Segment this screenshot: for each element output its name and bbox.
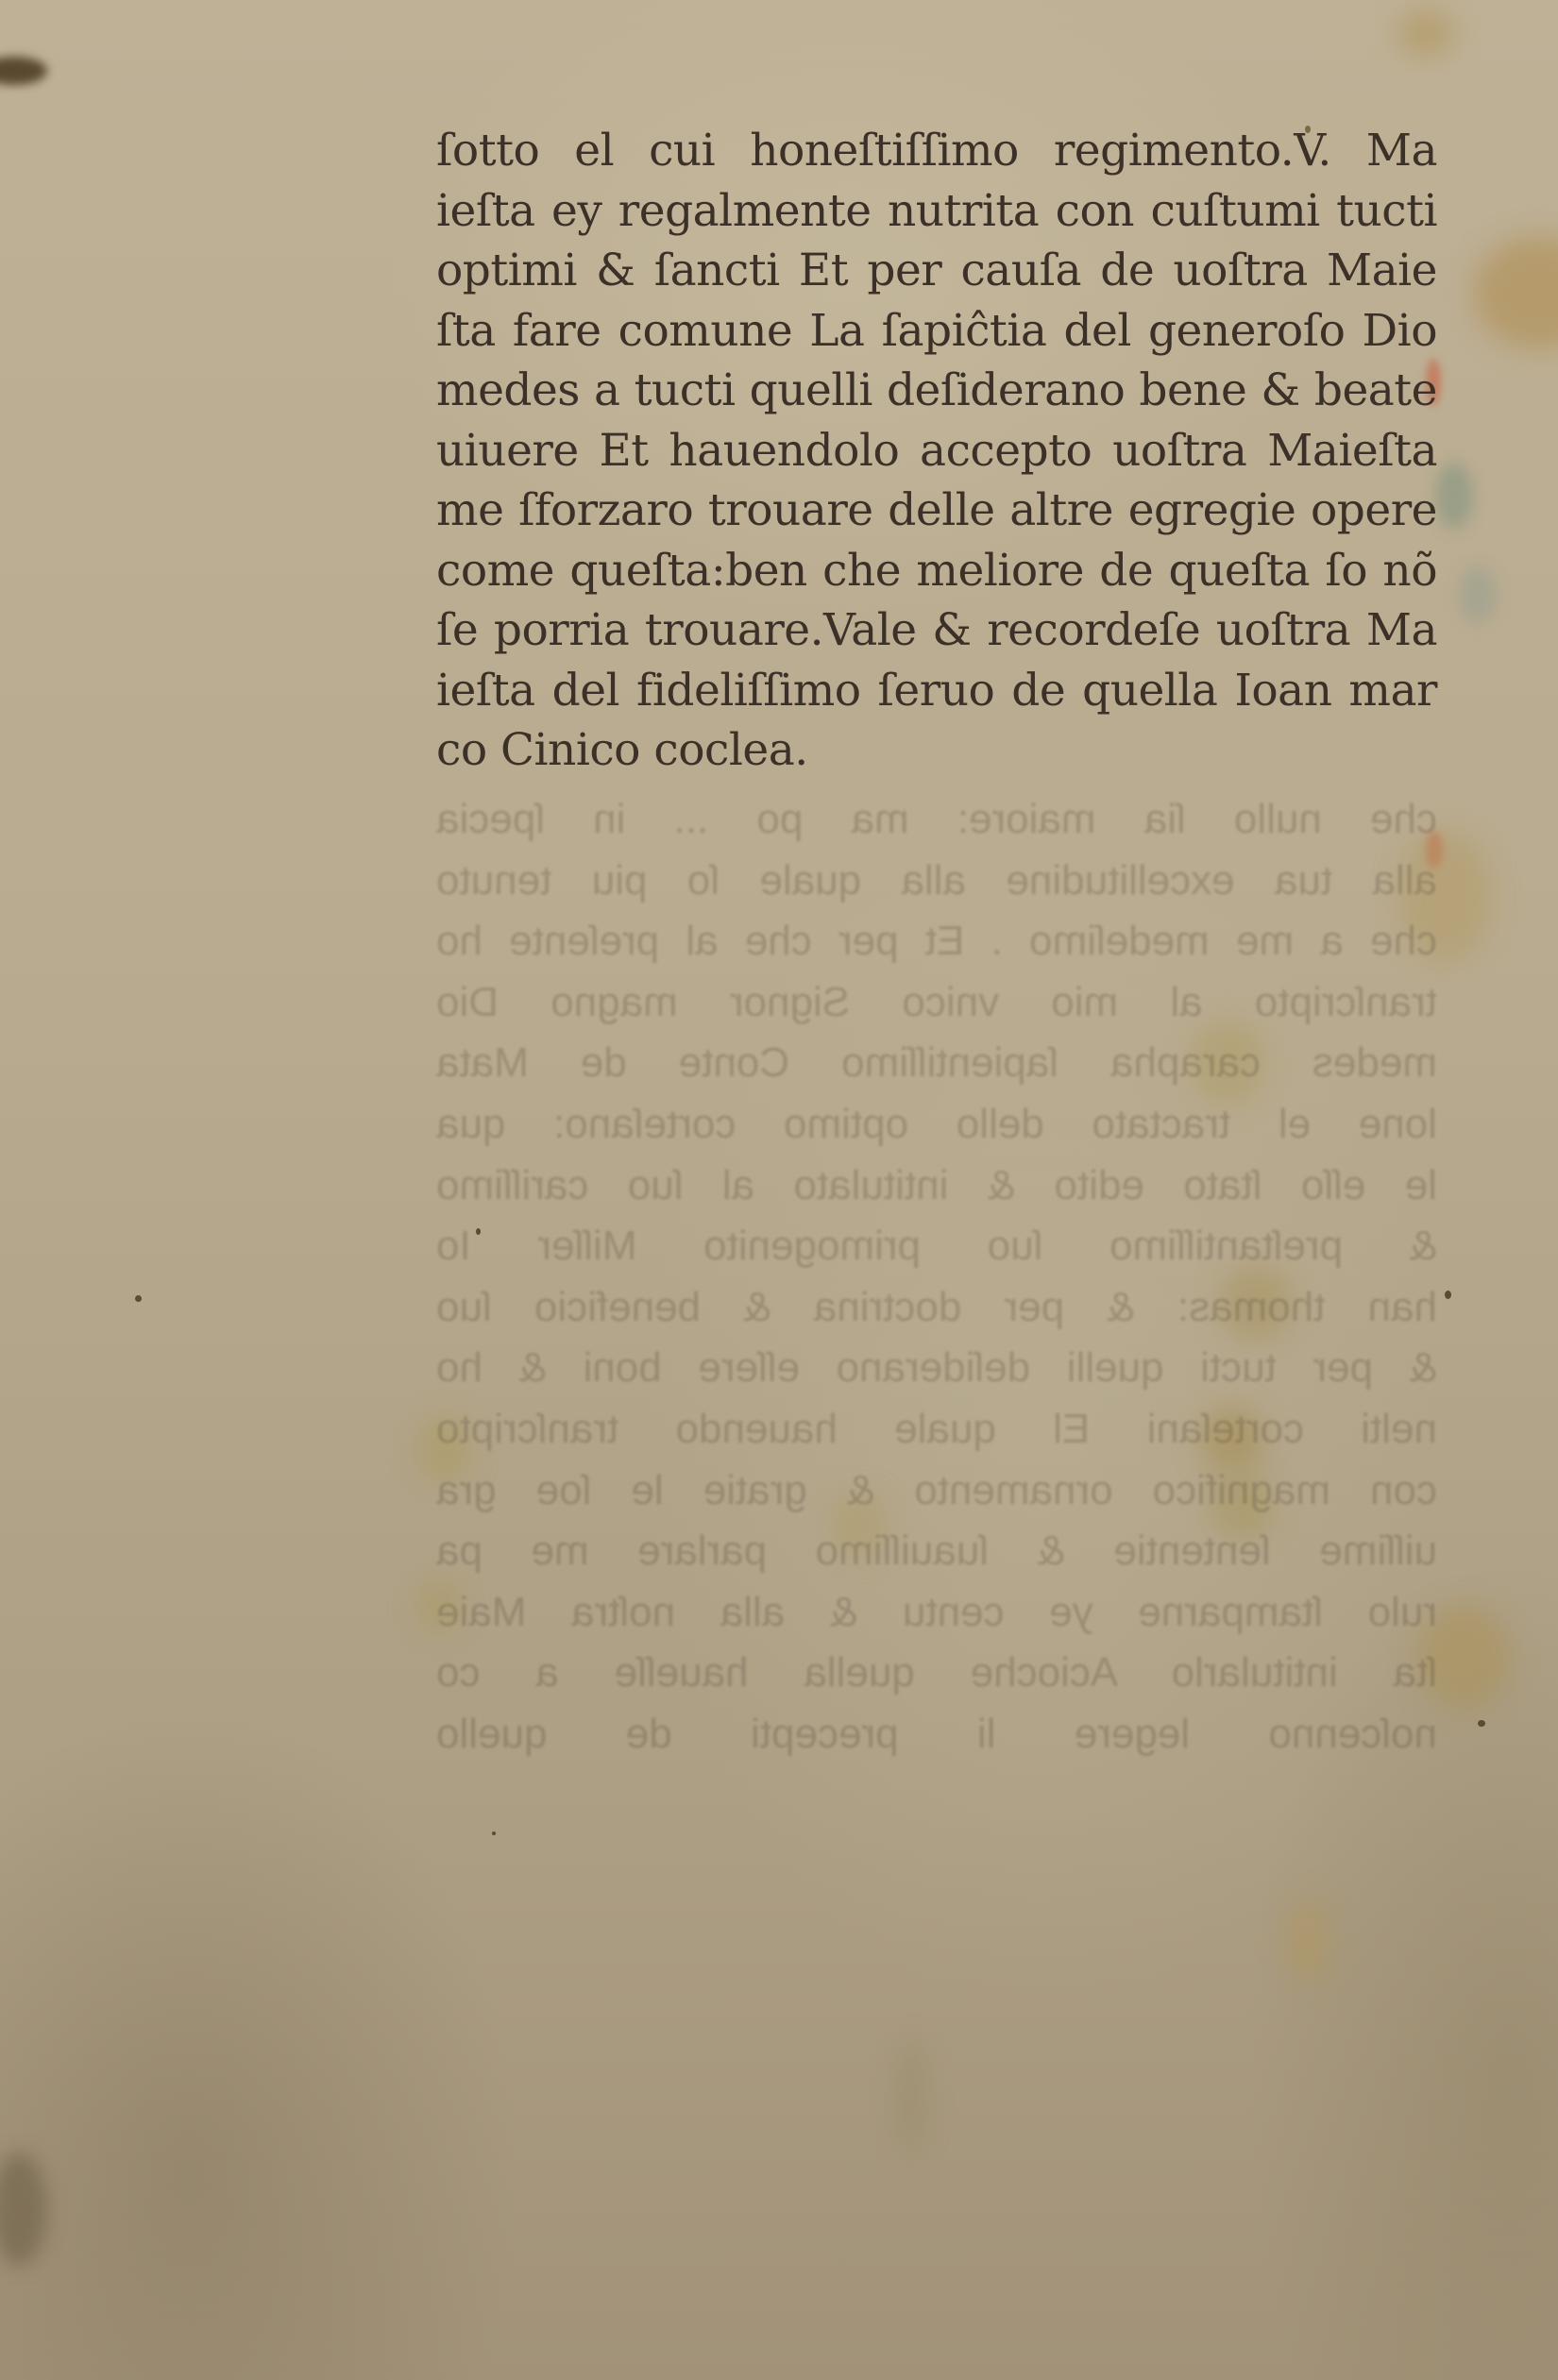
bleed-through-text: che nullo ſia maiore: ma po ... in ſpeci…: [436, 789, 1437, 1765]
bleed-line: ſta intitularlo Acioche quella haueſſe a…: [436, 1643, 1437, 1704]
stain-right-green-mark: [1435, 463, 1473, 529]
text-line: medes a tucti quelli deſiderano bene & b…: [436, 361, 1437, 421]
text-line: ſe porria trouare.Vale & recordeſe uoſtr…: [436, 600, 1437, 661]
stain-lower-2: [897, 2039, 925, 2152]
bleed-line: che nullo ſia maiore: ma po ... in ſpeci…: [436, 789, 1437, 851]
ink-dot: [1445, 1291, 1451, 1299]
text-line: ſta fare comune La ſapiĉtia del generoſo…: [436, 301, 1437, 362]
ink-dot: [1478, 1720, 1485, 1727]
stain-right-green-mark-2: [1459, 566, 1497, 623]
bleed-line: & preſtantiſſimo ſuo primogenito Miſſer …: [436, 1216, 1437, 1277]
stain-top-right: [1397, 9, 1454, 57]
bleed-line: le eſſo ſtato edito & intitulato al ſuo …: [436, 1156, 1437, 1217]
bleed-line: che a me medeſimo . Et per che al preſen…: [436, 911, 1437, 972]
text-line: optimi & ſancti Et per cauſa de uoſtra M…: [436, 241, 1437, 301]
bleed-line: rulo ſtamparne ye centu & alla noſtra Ma…: [436, 1582, 1437, 1644]
bleed-line: noſcenno legere li precepti de quello: [436, 1704, 1437, 1765]
bleed-line: lone el tractato dello optimo corteſano:…: [436, 1094, 1437, 1156]
bleed-line: nelti corteſani El quale hauendo tranſcr…: [436, 1399, 1437, 1460]
main-text-block: ſotto el cui honeſtiſſimo regimento.V. M…: [436, 121, 1437, 781]
text-line: ieſta del fideliſſimo ſeruo de quella Io…: [436, 661, 1437, 721]
stain-left-edge: [0, 57, 47, 85]
stain-bottom-left: [0, 2152, 47, 2266]
bleed-line: alla tua excellitudine alla quale ſo piu…: [436, 851, 1437, 912]
text-line-final: co Cinico coclea.: [436, 720, 1437, 781]
stain-right-margin: [1473, 236, 1558, 349]
text-line: ieſta ey regalmente nutrita con cuſtumi …: [436, 181, 1437, 242]
bleed-line: tranſcripto al mio vnico Signor magno Di…: [436, 972, 1437, 1034]
text-line: come queſta:ben che meliore de queſta ſo…: [436, 541, 1437, 601]
text-line: me ſforzaro trouare delle altre egregie …: [436, 481, 1437, 541]
text-line: ſotto el cui honeſtiſſimo regimento.V. M…: [436, 121, 1437, 181]
bleed-line: medes caraphа ſapientiſſimo Conte de Mat…: [436, 1033, 1437, 1094]
bleed-line: uiſſime ſententie & ſuauiſſimo parlare m…: [436, 1521, 1437, 1582]
ink-dot: [492, 1831, 496, 1835]
stain-lower-1: [1284, 1898, 1331, 1983]
bleed-line: & per tucti quelli deſiderano eſſere bon…: [436, 1338, 1437, 1399]
bleed-line: con magnifico ornamento & gratie le ſoe …: [436, 1460, 1437, 1522]
ink-dot: [135, 1295, 142, 1302]
page-background: che nullo ſia maiore: ma po ... in ſpeci…: [0, 0, 1558, 2380]
bleed-line: han thomas: & per doctrina & beneficio ſ…: [436, 1277, 1437, 1339]
text-line: uiuere Et hauendolo accepto uoſtra Maieſ…: [436, 421, 1437, 481]
